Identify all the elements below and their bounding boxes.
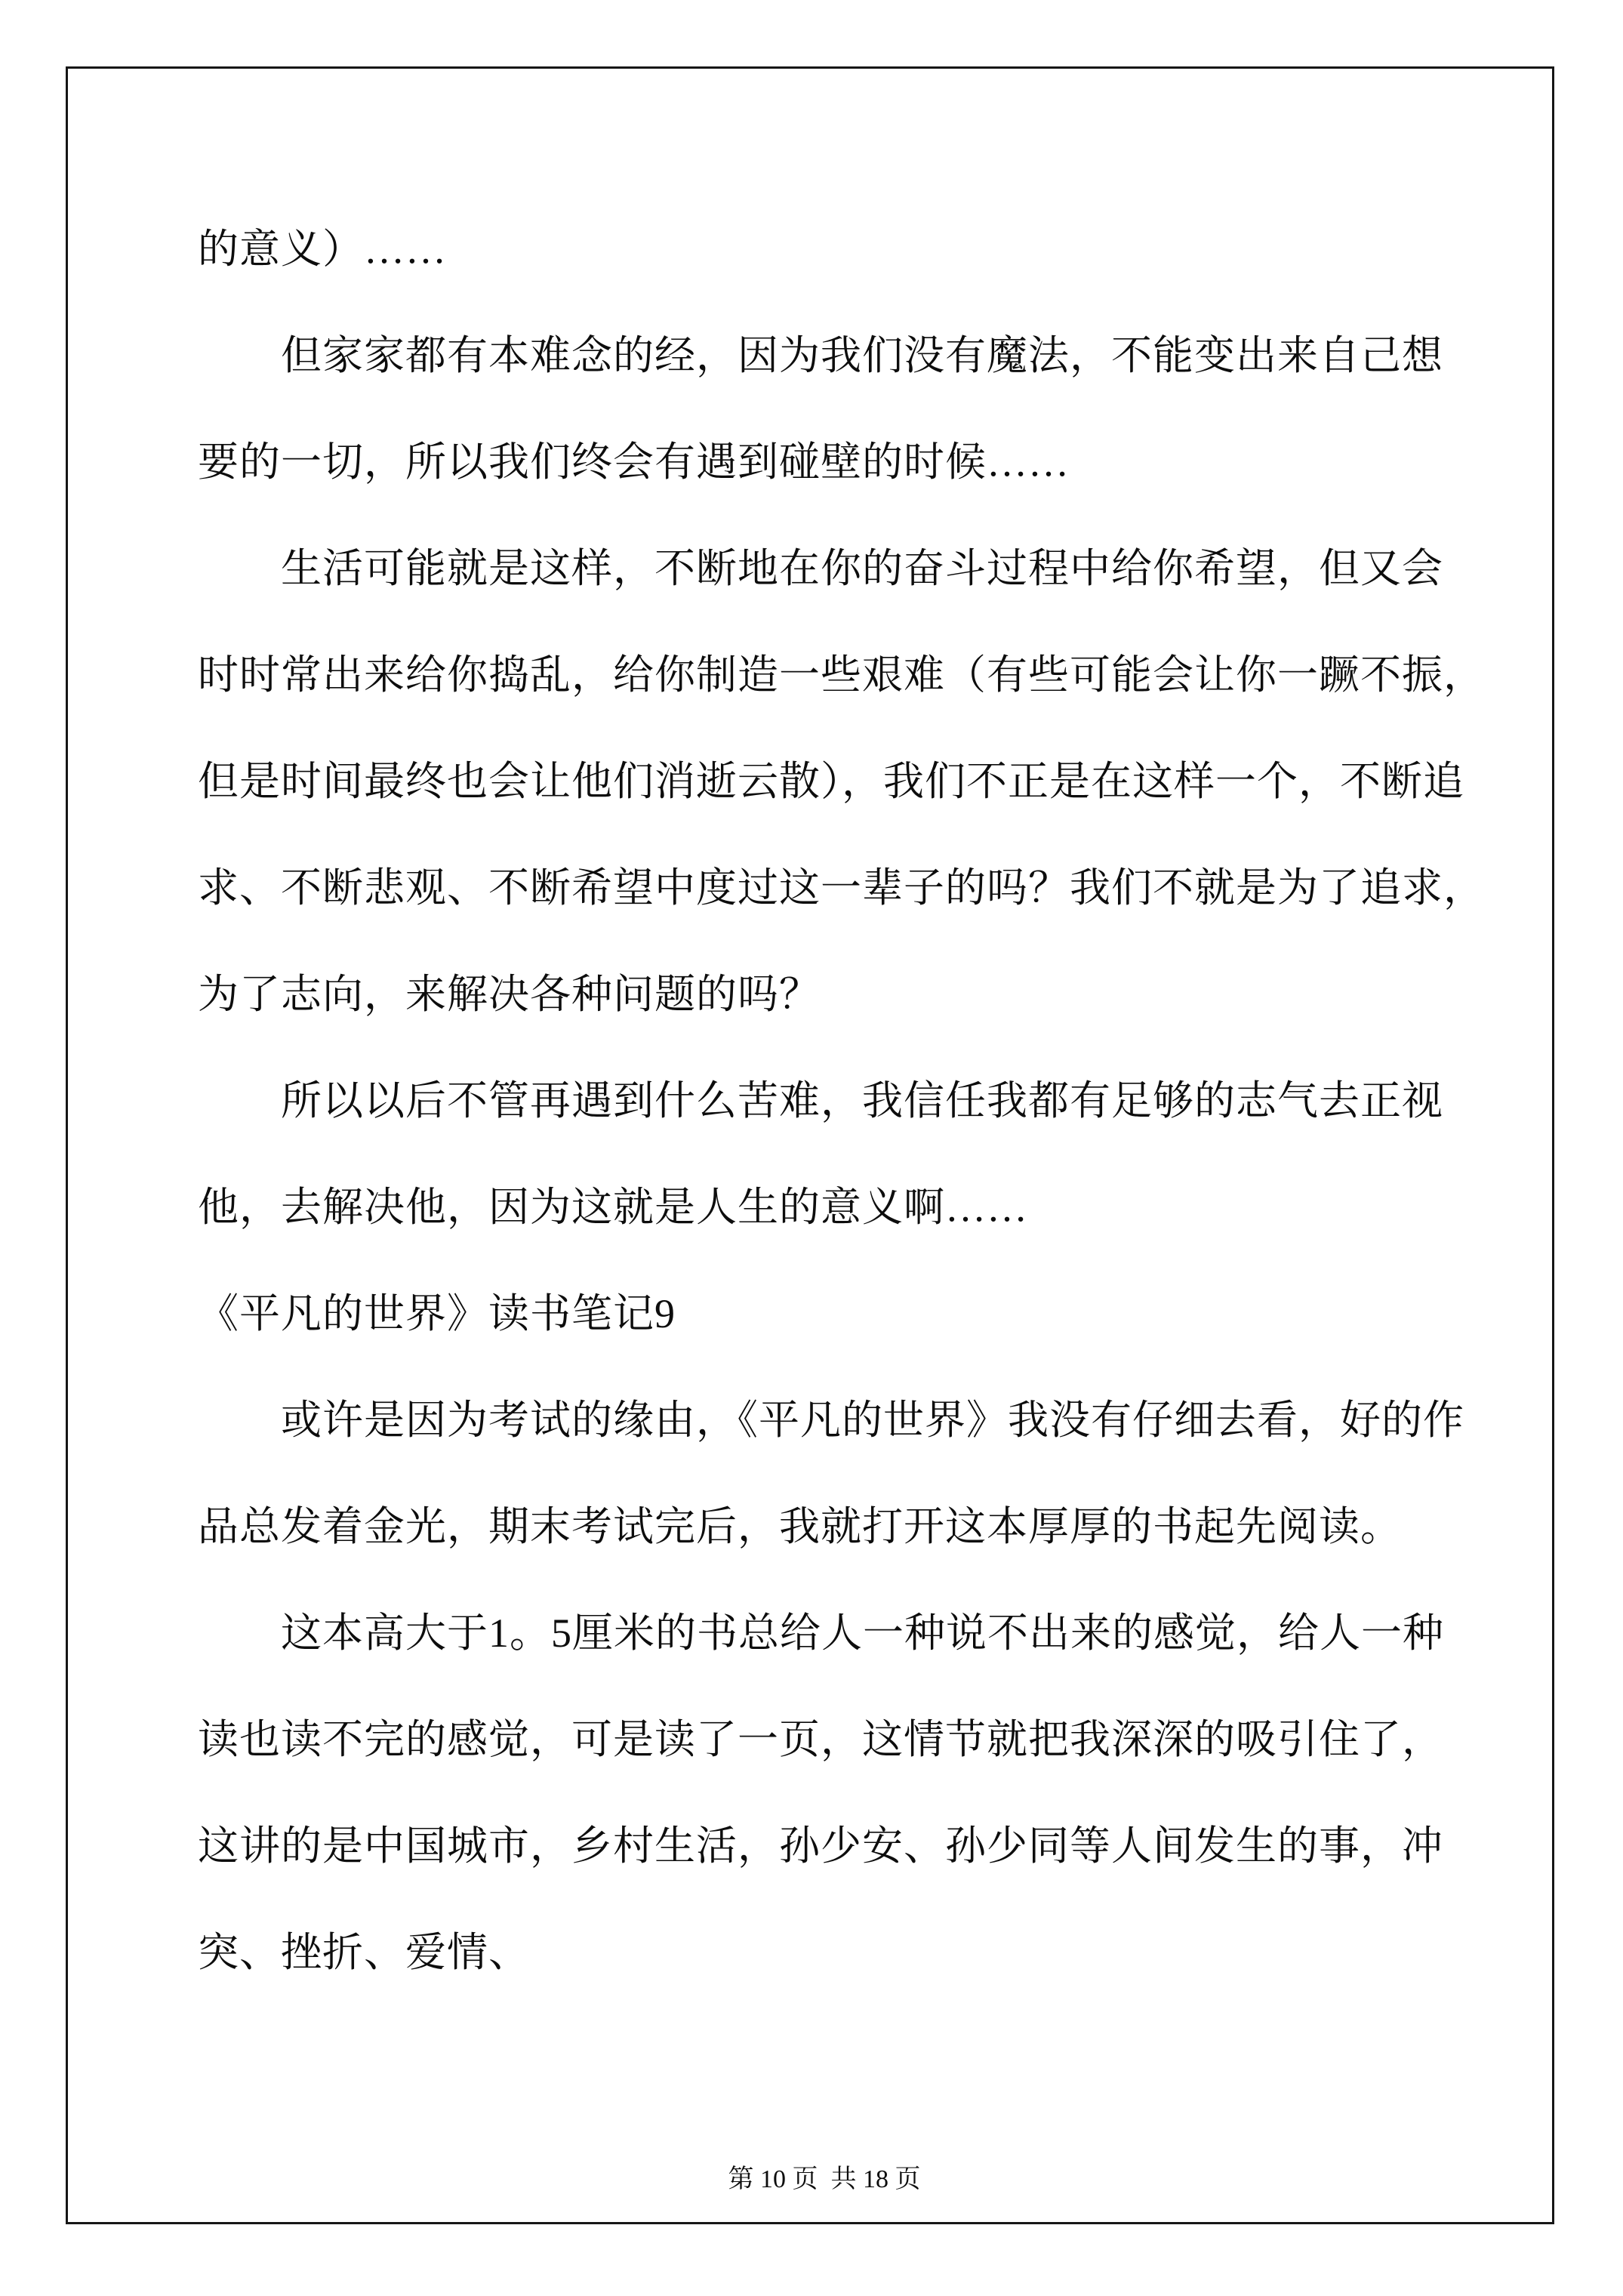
text-line-8: 为了志向，来解决各种问题的吗？ xyxy=(198,942,1481,1048)
text-line-13: 品总发着金光，期末考试完后，我就打开这本厚厚的书起先阅读。 xyxy=(198,1474,1481,1580)
text-line-10: 他，去解决他，因为这就是人生的意义啊…… xyxy=(198,1154,1481,1261)
text-line-1: 的意义）…… xyxy=(198,196,1481,303)
document-page: 的意义）…… 但家家都有本难念的经，因为我们没有魔法，不能变出来自己想 要的一切… xyxy=(0,0,1623,2296)
page-footer: 第 10 页 共 18 页 xyxy=(0,2128,1623,2232)
document-body: 的意义）…… 但家家都有本难念的经，因为我们没有魔法，不能变出来自己想 要的一切… xyxy=(198,196,1481,2006)
text-line-12: 或许是因为考试的缘由，《平凡的世界》我没有仔细去看，好的作 xyxy=(198,1367,1481,1474)
text-line-17: 突、挫折、爱情、 xyxy=(198,1900,1481,2006)
text-line-5: 时时常出来给你捣乱，给你制造一些艰难（有些可能会让你一蹶不振， xyxy=(198,622,1481,729)
page-number-indicator: 第 10 页 共 18 页 xyxy=(728,2165,921,2193)
text-line-16: 这讲的是中国城市，乡村生活，孙少安、孙少同等人间发生的事，冲 xyxy=(198,1793,1481,1900)
text-line-3: 要的一切，所以我们终会有遇到碰壁的时候…… xyxy=(198,409,1481,516)
text-line-2: 但家家都有本难念的经，因为我们没有魔法，不能变出来自己想 xyxy=(198,303,1481,409)
text-line-14: 这本高大于1。5厘米的书总给人一种说不出来的感觉，给人一种 xyxy=(198,1580,1481,1687)
text-line-4: 生活可能就是这样，不断地在你的奋斗过程中给你希望，但又会 xyxy=(198,516,1481,622)
text-line-6: 但是时间最终也会让他们消逝云散），我们不正是在这样一个，不断追 xyxy=(198,729,1481,835)
text-line-11: 《平凡的世界》读书笔记9 xyxy=(198,1261,1481,1367)
text-line-9: 所以以后不管再遇到什么苦难，我信任我都有足够的志气去正视 xyxy=(198,1048,1481,1154)
text-line-7: 求、不断悲观、不断希望中度过这一辈子的吗？我们不就是为了追求， xyxy=(198,835,1481,942)
text-line-15: 读也读不完的感觉，可是读了一页，这情节就把我深深的吸引住了， xyxy=(198,1687,1481,1793)
